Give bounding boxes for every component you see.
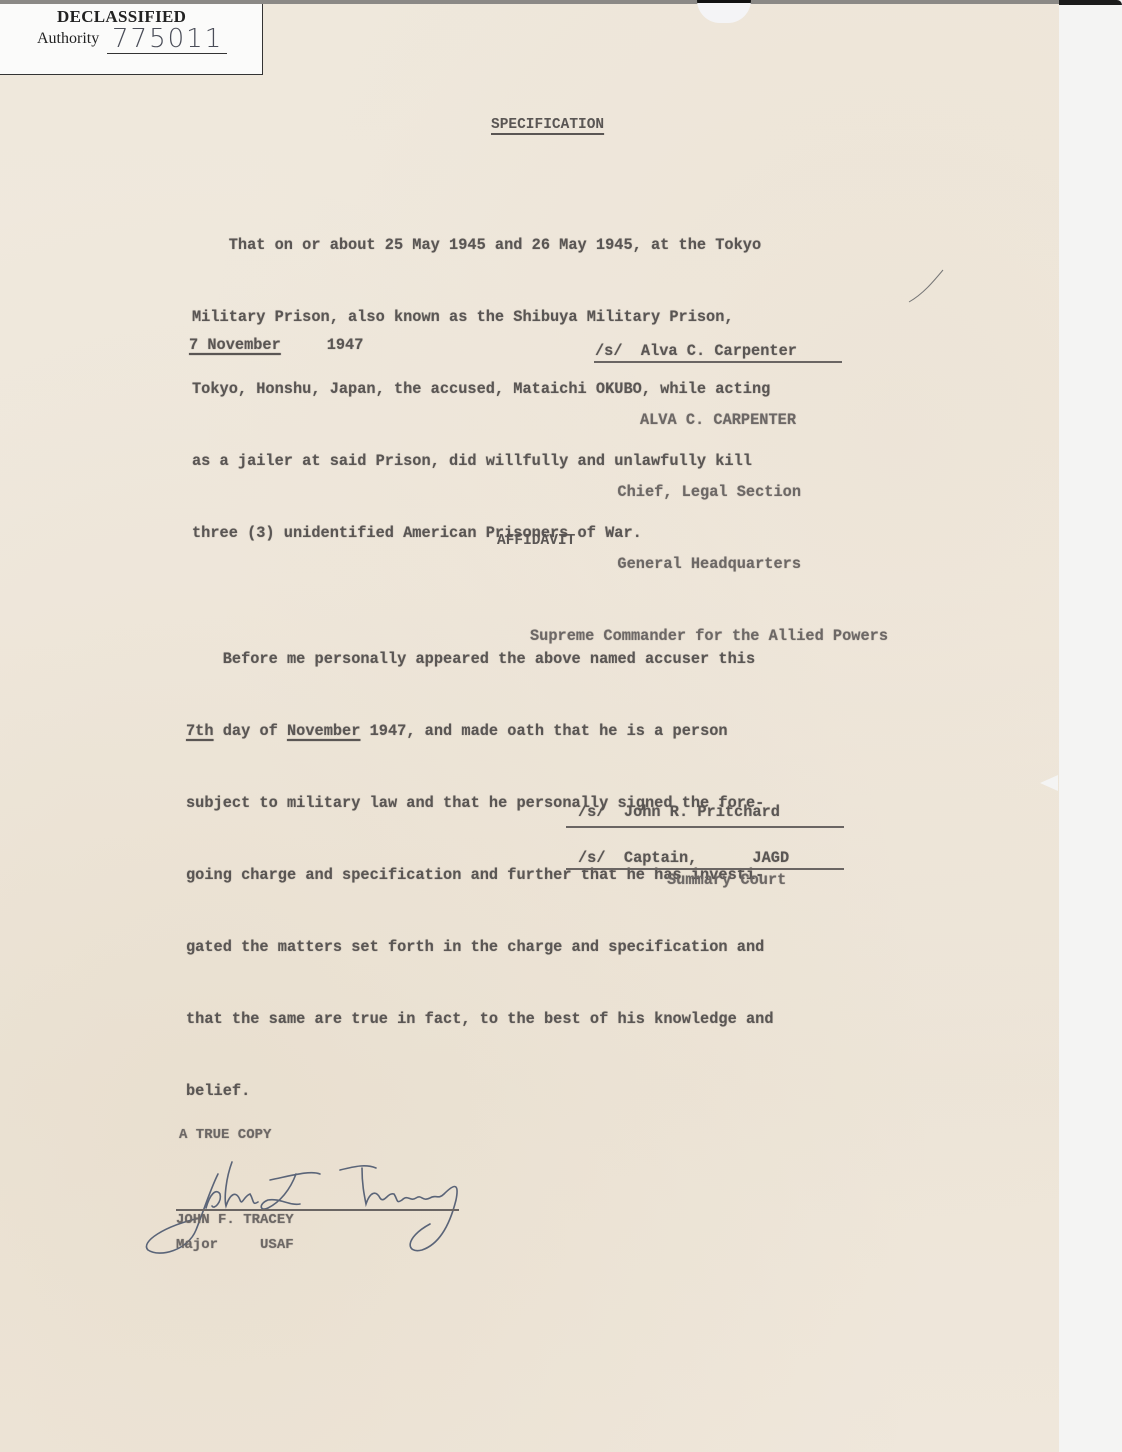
pritchard-rank-line: /s/ Captain, JAGD	[578, 846, 789, 870]
stamp-authority-label: Authority	[37, 30, 99, 48]
tracey-rank: Major USAF	[176, 1233, 294, 1257]
date-year: 1947	[327, 336, 364, 354]
spec-line: Military Prison, also known as the Shibu…	[192, 305, 770, 329]
pritchard-signature-line: /s/ John R. Pritchard	[578, 800, 780, 824]
affidavit-line: Before me personally appeared the above …	[186, 647, 774, 671]
declassified-stamp: DECLASSIFIED Authority 775011	[0, 4, 263, 75]
true-copy-label: A TRUE COPY	[179, 1123, 271, 1147]
affidavit-line: gated the matters set forth in the charg…	[186, 935, 774, 959]
carpenter-typed-name: ALVA C. CARPENTER	[530, 408, 796, 432]
spec-line: That on or about 25 May 1945 and 26 May …	[192, 233, 770, 257]
affidavit-line: 7th day of November 1947, and made oath …	[186, 719, 774, 743]
carpenter-title-line: Chief, Legal Section	[530, 480, 801, 504]
carpenter-title-line: General Headquarters	[530, 552, 801, 576]
stamp-authority-number: 775011	[112, 24, 223, 54]
date-day-month: 7 November	[189, 336, 281, 354]
pritchard-court: Summary Court	[667, 868, 786, 892]
paper-tear	[1040, 775, 1058, 791]
specification-title: SPECIFICATION	[491, 117, 604, 133]
scanner-corner	[1059, 0, 1122, 5]
signature-rule	[566, 826, 844, 828]
affidavit-day: 7th	[186, 722, 214, 740]
specification-date: 7 November 1947	[189, 333, 363, 357]
affidavit-line: belief.	[186, 1079, 774, 1103]
affidavit-title: AFFIDAVIT	[497, 533, 575, 549]
affidavit-month: November	[287, 722, 360, 740]
affidavit-line: that the same are true in fact, to the b…	[186, 1007, 774, 1031]
scanner-background	[1059, 0, 1122, 1452]
tracey-typed-name: JOHN F. TRACEY	[176, 1208, 294, 1232]
pencil-mark	[905, 268, 945, 308]
